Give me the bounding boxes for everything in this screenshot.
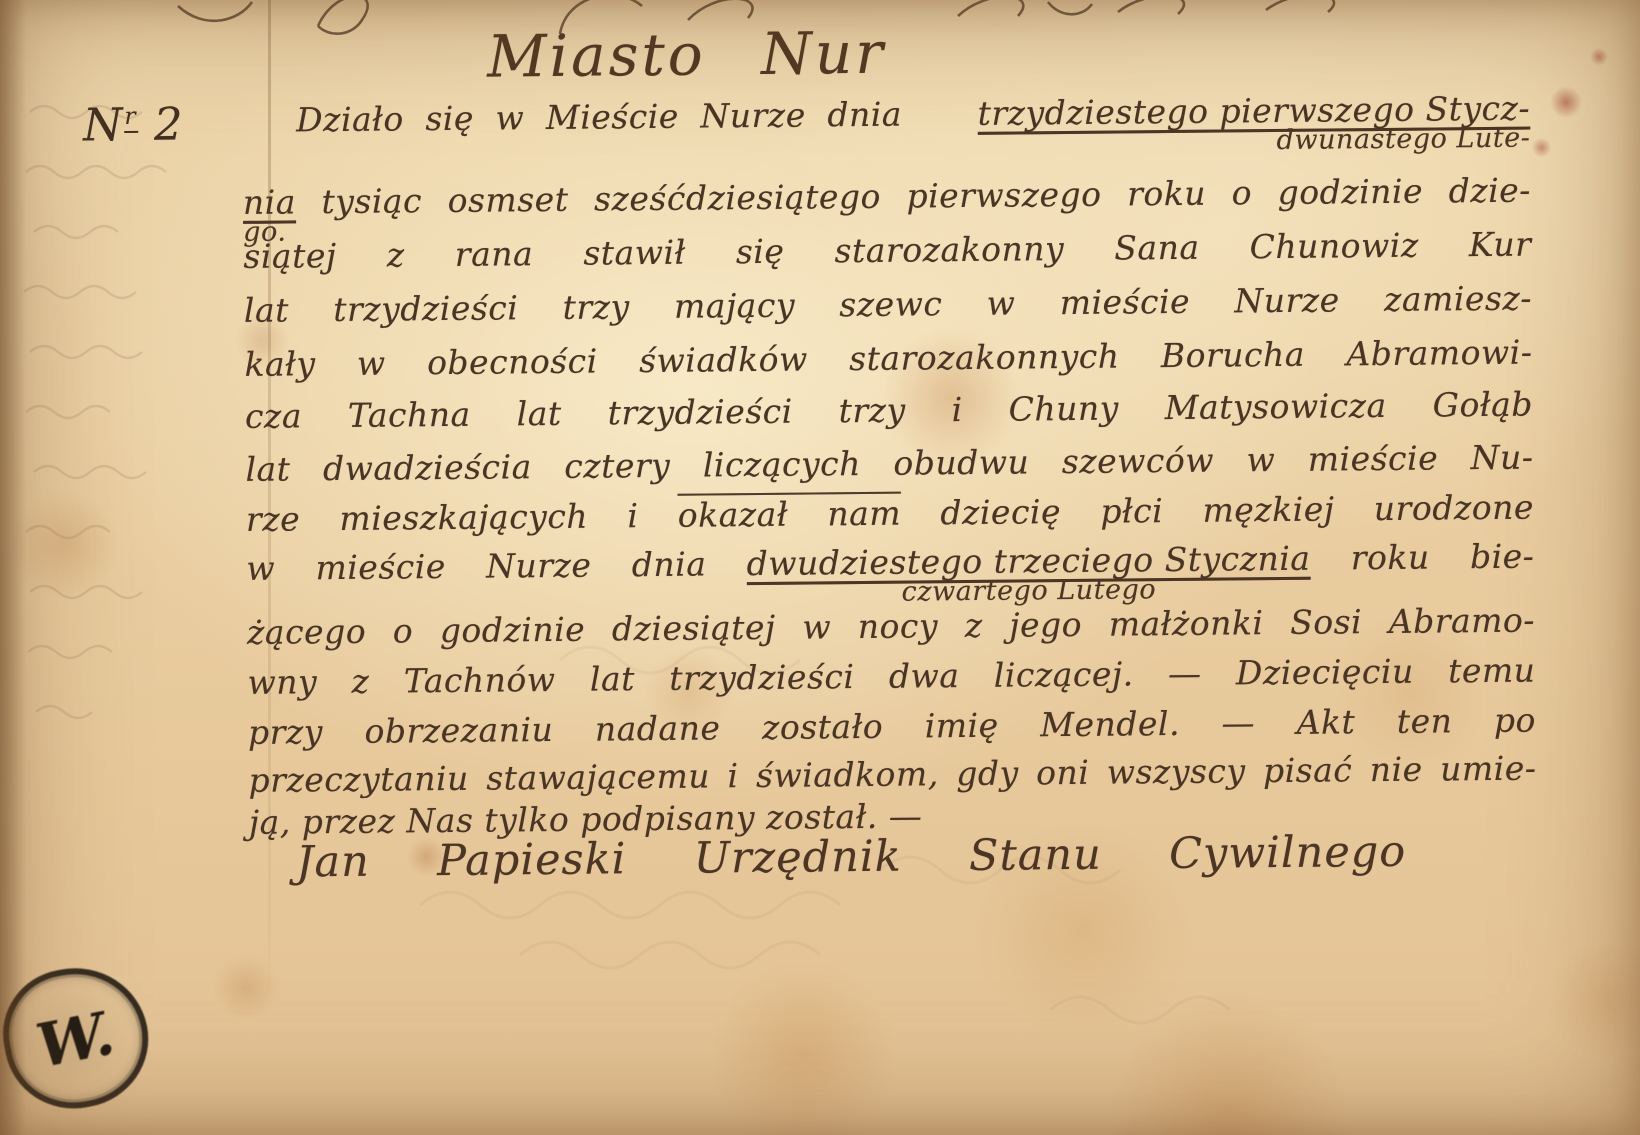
- date-correction-1: trzydziestego pierwszego Stycz-dwunasteg…: [923, 85, 1530, 139]
- text-line: cza Tachna lat trzydzieści trzy i Chuny …: [245, 381, 1533, 441]
- act-number-letter: N: [83, 98, 125, 151]
- corrected-day: dwunastego Lute-: [1222, 115, 1530, 166]
- presentation-post: dziecię płci męzkiej urodzone: [940, 488, 1534, 533]
- opening-pre: Działo się w Mieście Nurze dnia: [296, 95, 902, 140]
- text-line: Działo się w Mieście Nurze dnia trzydzie…: [242, 85, 1530, 145]
- stamp-monogram: W.: [31, 999, 118, 1082]
- line2-rest: tysiąc osmset sześćdziesiątego pierwszeg…: [321, 171, 1531, 222]
- act-number-value: 2: [154, 97, 185, 150]
- date-correction-1b: niago.: [243, 178, 296, 227]
- text-line: niago. tysiąc osmset sześćdziesiątego pi…: [243, 167, 1531, 227]
- text-line: kały w obecności świadków starozakonnych…: [244, 329, 1532, 389]
- handwritten-record: Miasto Nur Nr 2 Działo się w Mieście Nur…: [0, 0, 1640, 1135]
- date-correction-2: dwudziestego trzeciego Styczniaczwartego…: [746, 535, 1310, 588]
- document-title: Miasto Nur: [0, 13, 1507, 97]
- text-line: siątej z rana stawił się starozakonny Sa…: [243, 221, 1531, 281]
- act-number-sup: r: [124, 102, 137, 133]
- registrar-signature: Jan Papieski Urzędnik Stanu Cywilnego: [296, 824, 1406, 891]
- text-line: lat trzydzieści trzy mający szewc w mieś…: [244, 275, 1532, 335]
- presentation-pre: rze mieszkających i: [246, 496, 639, 539]
- birth-post: roku bie-: [1351, 537, 1535, 578]
- scanned-document-page: Miasto Nur Nr 2 Działo się w Mieście Nur…: [0, 0, 1640, 1135]
- birth-pre: w mieście Nurze dnia: [246, 544, 706, 587]
- act-number: Nr 2: [83, 97, 185, 151]
- presentation-overlined: okazał nam: [678, 494, 902, 535]
